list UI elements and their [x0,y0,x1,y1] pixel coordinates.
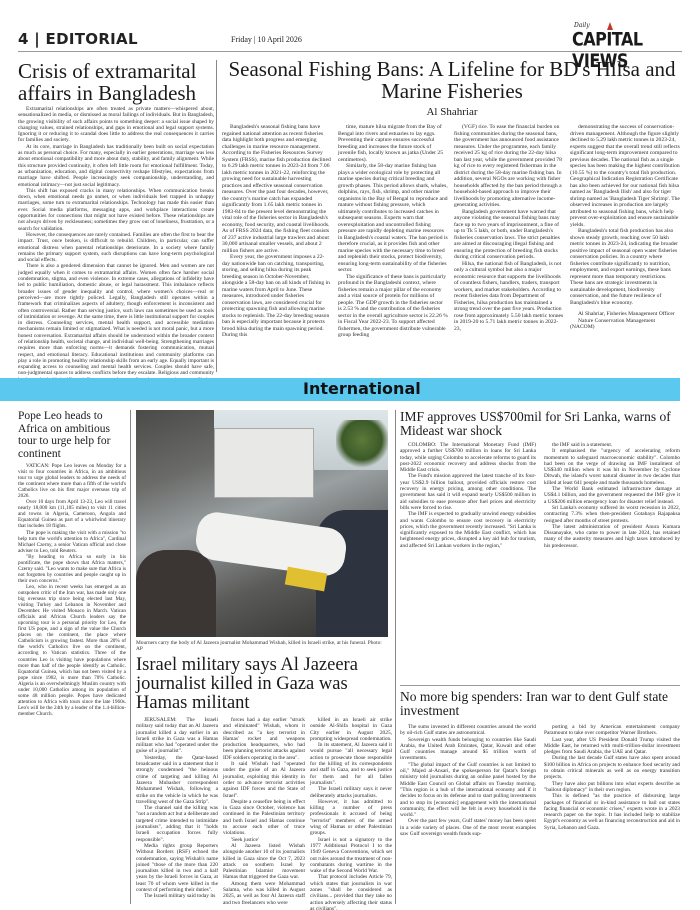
article-column: The sums invested in different countries… [400,724,536,837]
paragraph: However, it has admitted to killing a nu… [310,799,392,837]
article-column: porting a bid by American entertainment … [544,724,680,837]
article-divider [400,685,680,686]
paragraph: Similarly, the 58-day marine fishing ban… [338,163,448,274]
paragraph: forces had a day earlier "struck and eli… [223,717,305,761]
paragraph: Despite a ceasefire being in effect in G… [223,799,305,837]
gulf-headline: No more big spenders: Iran war to dent G… [400,690,680,718]
paragraph: Last year, after US President Donald Tru… [544,737,680,756]
photo-caption: Mourners carry the body of Al Jazeera jo… [136,640,388,653]
column-divider [216,60,217,372]
section-banner-label: International [303,379,421,398]
israel-article: Israel military says Al Jazeera journali… [136,656,394,910]
paragraph: The Israeli military said today its [136,893,218,899]
paragraph: This shift has exposed cracks in many re… [18,188,214,232]
paragraph: Bangladesh government have warned that a… [454,209,564,261]
article-column: the IMF said in a statement. It emphasis… [544,442,680,549]
israel-columns: JERUSALEM: The Israeli military said tod… [136,717,394,910]
byline: Al Shahriar [222,106,682,118]
article-column: forces had a day earlier "struck and eli… [223,717,305,910]
column-divider [130,410,131,904]
israel-headline: Israel military says Al Jazeera journali… [136,656,394,713]
editorial-body: Extramarital relationships are often tre… [18,106,214,389]
gulf-article: No more big spenders: Iran war to dent G… [400,690,680,910]
paragraph: Hilsa, the national fish of Bangladesh, … [454,261,564,333]
pope-article: Pope Leo heads to Africa on ambitious to… [18,410,126,910]
paragraph: JERUSALEM: The Israeli military said tod… [136,717,218,755]
paragraph: Israel is not a signatory to the 1977 Ad… [310,837,392,875]
imf-headline: IMF approves US$700mil for Sri Lanka, wa… [400,410,680,438]
paragraph: It emphasised the "urgency of accelerati… [544,448,680,486]
imf-article: IMF approves US$700mil for Sri Lanka, wa… [400,410,680,670]
paragraph: The significance of these bans is partic… [338,274,448,339]
paragraph: Over the past few years, Gulf states' mo… [400,818,536,837]
news-photo-funeral [136,410,388,637]
paragraph: Bangladesh's seasonal fishing bans have … [222,124,332,254]
paragraph: Every year, the government imposes a 22-… [222,254,332,339]
paragraph: porting a bid by American entertainment … [544,724,680,737]
section-label: 4 | EDITORIAL [18,30,138,48]
column-divider [395,410,396,904]
paragraph: Extramarital relationships are often tre… [18,106,214,144]
paragraph: Among them were Mohammad Salama, who was… [223,881,305,906]
paragraph: "The global impact of the Gulf countries… [400,762,536,819]
paragraph: The Israeli military says it never delib… [310,786,392,799]
pope-body: VATICAN: Pope Leo leaves on Monday for a… [18,463,126,717]
paragraph: The IMF is expected to gradually unwind … [400,511,536,549]
paragraph: Al Jazeera listed Wishah alongside anoth… [223,843,305,881]
pope-headline: Pope Leo heads to Africa on ambitious to… [18,410,126,460]
paragraph: The World Bank estimated infrastructure … [544,486,680,505]
paragraph: The channel said the killing was "not a … [136,805,218,843]
paragraph: The sums invested in different countries… [400,724,536,737]
paragraph: killed in an Israeli air strike outside … [310,717,392,742]
main-article: Seasonal Fishing Bans: A Lifeline for BD… [222,58,682,374]
paragraph: The latest administration of president A… [544,524,680,549]
paragraph: Leo, who in recent weeks has emerged as … [18,584,126,717]
paragraph: Yesterday, the Qatar-based broadcaster s… [136,755,218,805]
paragraph: They have also put billions into what ex… [544,781,680,794]
article-column: demonstrating the success of conservatio… [570,124,680,339]
article-column: Bangladesh's seasonal fishing bans have … [222,124,332,339]
main-headline: Seasonal Fishing Bans: A Lifeline for BD… [222,58,682,102]
photo-palm-tree [336,420,388,470]
paragraph: time, mature hilsa migrate from the Bay … [338,124,448,163]
paragraph: It said Wishah had "operated under the g… [223,761,305,799]
paragraph: This is defined "as the practice of disb… [544,793,680,831]
paragraph: COLOMBO: The International Monetary Fund… [400,442,536,473]
paragraph: During the last decade Gulf states have … [544,755,680,780]
issue-date: Friday | 10 April 2026 [231,35,302,44]
paragraph: Sovereign wealth funds belonging to coun… [400,737,536,762]
paragraph: There is also a gendered dimension that … [18,263,214,389]
paragraph: Sri Lanka's economy suffered its worst r… [544,505,680,524]
section-banner-international: International [0,378,680,401]
photo-building [214,428,314,498]
paragraph: Media rights group Reporters Without Bor… [136,843,218,893]
editorial-headline: Crisis of extramarital affairs in Bangla… [18,60,214,104]
paragraph: VATICAN: Pope Leo leaves on Monday for a… [18,463,126,499]
article-column: killed in an Israeli air strike outside … [310,717,392,910]
paragraph: That protocol includes Article 79, which… [310,874,392,910]
author-organization: Nature Conservation Management (NACOM) [570,318,680,331]
article-column: (VGF) rice. To ease the financial burden… [454,124,564,339]
paragraph: demonstrating the success of conservatio… [570,124,680,228]
paragraph: Bangladesh's total fish production has a… [570,228,680,306]
article-column: COLOMBO: The International Monetary Fund… [400,442,536,549]
paragraph: At its core, marriage in Bangladesh has … [18,144,214,188]
editorial-article: Crisis of extramarital affairs in Bangla… [18,60,214,372]
paragraph: (VGF) rice. To ease the financial burden… [454,124,564,209]
paragraph: "By heading to Africa so early in his po… [18,554,126,584]
photo-mourner [136,550,216,637]
article-column: time, mature hilsa migrate from the Bay … [338,124,448,339]
imf-columns: COLOMBO: The International Monetary Fund… [400,442,680,549]
paragraph: In its statement, Al Jazeera said it wou… [310,742,392,786]
author-credit: Al Shahriar, Fisheries Management Office… [570,311,680,318]
article-column: JERUSALEM: The Israeli military said tod… [136,717,218,910]
paragraph: The pope is making the visit with a miss… [18,530,126,554]
paragraph: However, the consequences are rarely con… [18,232,214,263]
newspaper-logo[interactable]: Daily CAPITAL VIEWS [572,22,682,50]
gulf-columns: The sums invested in different countries… [400,724,680,837]
main-article-columns: Bangladesh's seasonal fishing bans have … [222,124,682,339]
paragraph: Over 10 days from April 13-23, Leo will … [18,499,126,529]
paragraph: The Fund's mission approved the latest t… [400,473,536,511]
masthead: 4 | EDITORIAL Friday | 10 April 2026 Dai… [18,22,682,52]
